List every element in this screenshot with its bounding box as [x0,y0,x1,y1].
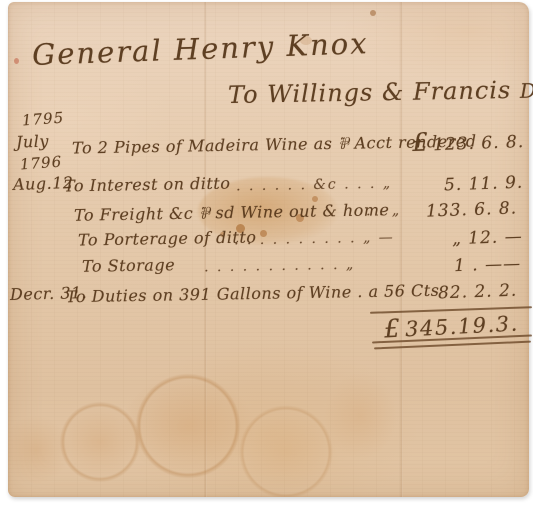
entry-leader-dots: . . . . . . &c . . . „ [236,176,392,195]
entry-leader-dots: . . „ [366,203,401,220]
account-line-text: To Willings & Francis [228,76,512,109]
entry-amount: 133. 6. 8. [426,198,518,221]
entry-description: To Interest on ditto [64,174,231,196]
entry-description: To Porterage of ditto [78,227,257,249]
paper-sheet: General Henry Knox To Willings & Francis… [8,2,529,497]
total-currency-symbol: £ [383,314,400,344]
entry-date: July [16,131,50,151]
account-line: To Willings & Francis Dr 6 [228,75,533,109]
entry-amount-group: £ 123. 6. 8. [412,124,525,157]
entry-amount: 123. 6. 8. [433,132,525,155]
entry-amount: 1 . —— [454,254,522,276]
currency-symbol: £ [412,127,429,157]
stain-speck [14,58,19,64]
dr-abbreviation: Dr [520,78,533,102]
entry-amount: „ 12. — [452,227,523,249]
entry-amount: 5. 11. 9. [444,173,524,196]
stain-waterstain-bottom [8,354,528,497]
entry-amount: 82. 2. 2. [438,281,518,304]
entry-year: 1796 [19,153,62,174]
stain-speck [370,10,376,16]
entry-leader-dots: . . . . . . . . . . „ — [234,230,395,249]
entry-year: 1795 [21,109,64,130]
entry-description: To Storage [82,255,175,276]
scanned-document: General Henry Knox To Willings & Francis… [0,0,533,506]
entry-leader-dots: . . . . . . . . . . . „ [204,257,355,276]
